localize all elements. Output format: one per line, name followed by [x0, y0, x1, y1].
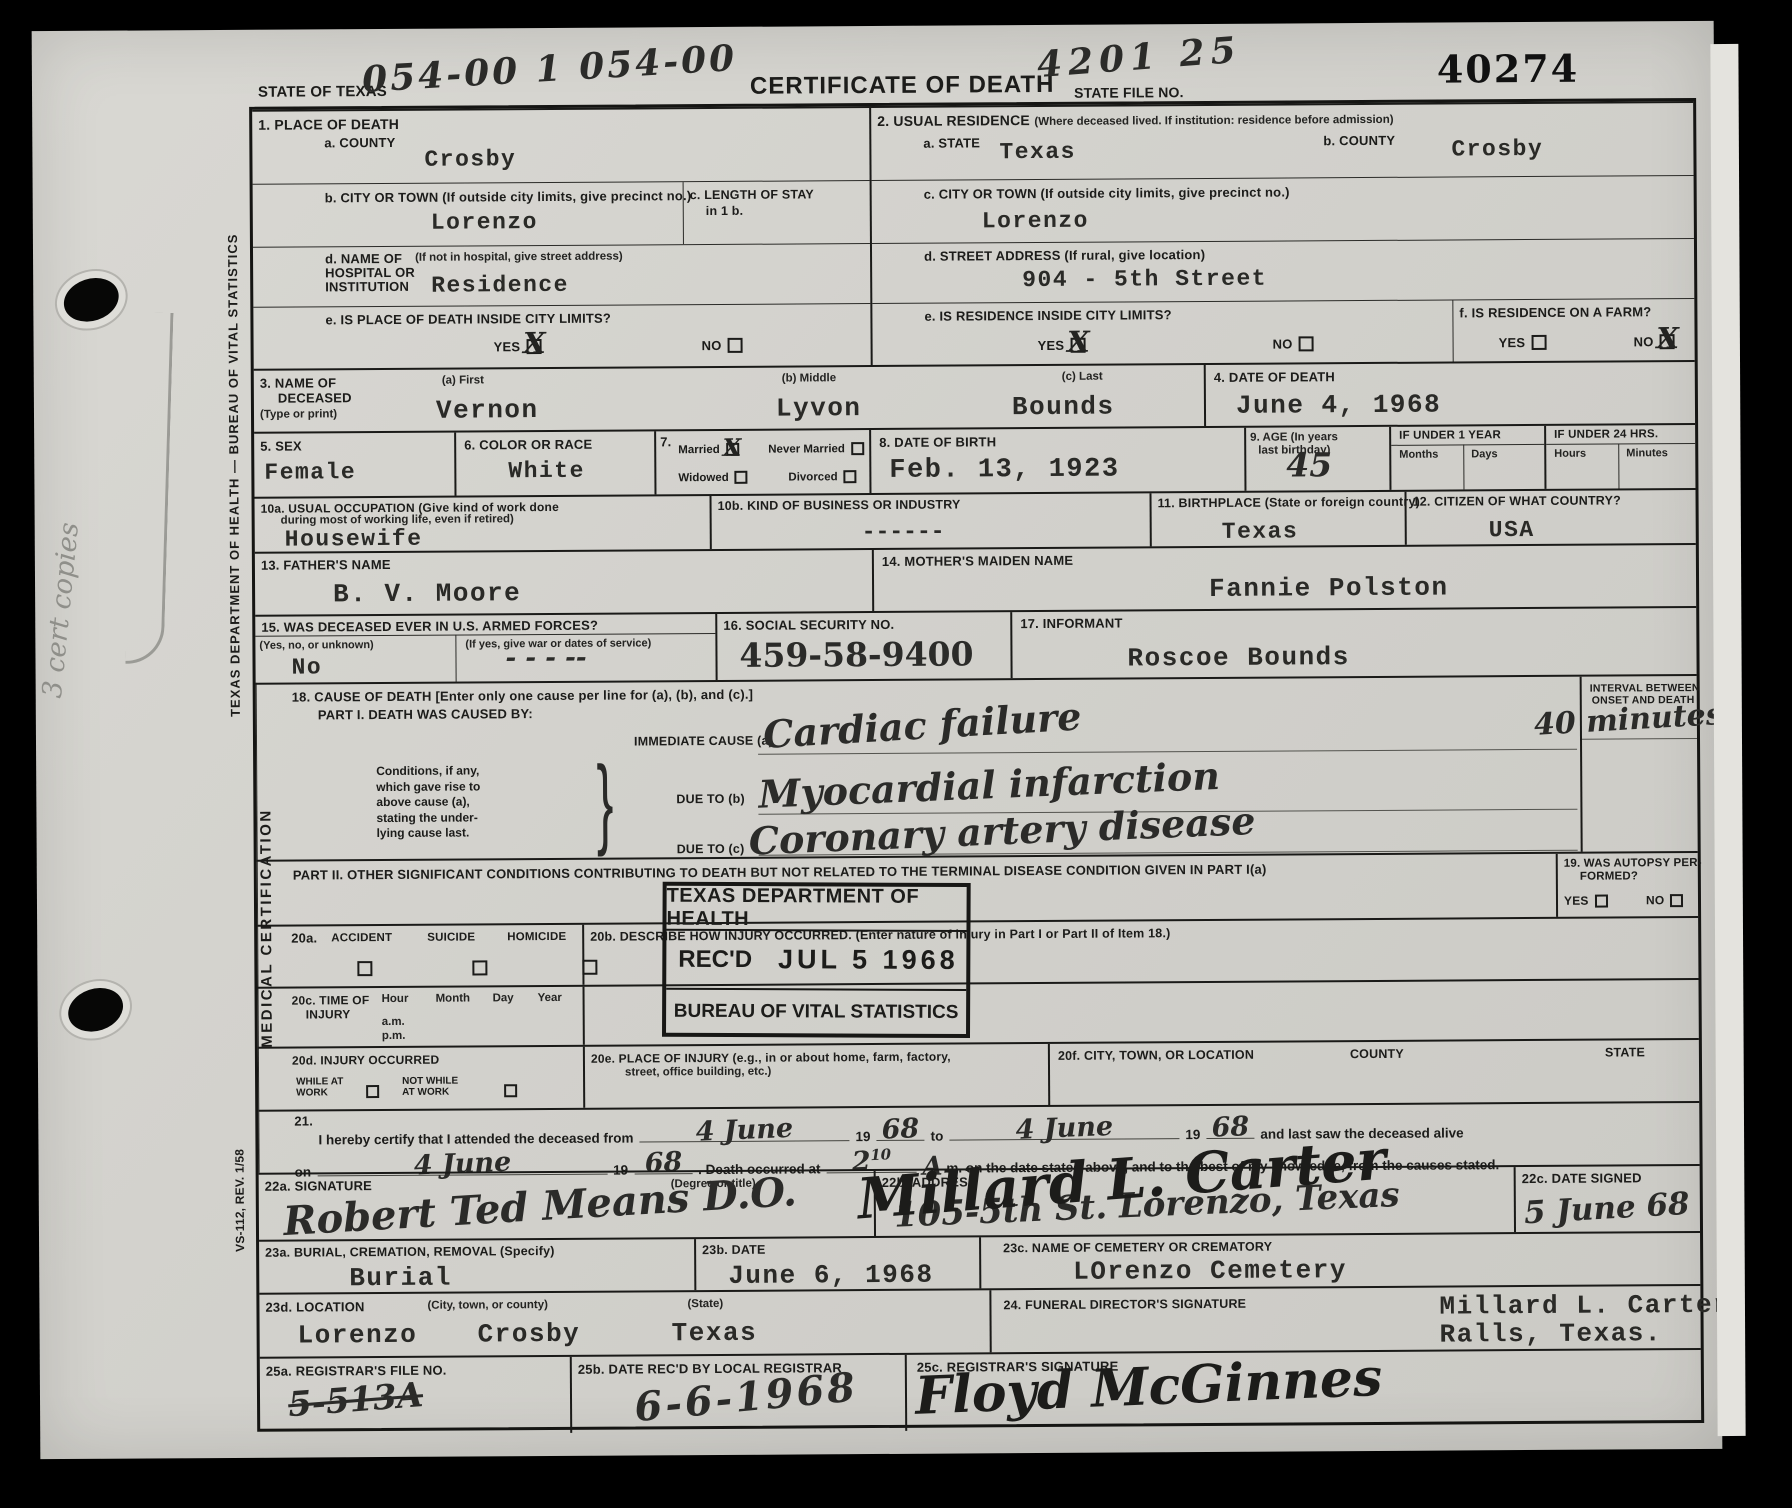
injury-c-label-1: 20c. TIME OF: [292, 993, 370, 1007]
never-married-label: Never Married: [768, 443, 845, 455]
second-page-edge: [1710, 44, 1745, 1436]
place-of-injury-cell: 20e. PLACE OF INJURY (e.g., in or about …: [583, 1044, 1048, 1108]
yes-label: YES: [1564, 894, 1589, 908]
business-cell: 10b. KIND OF BUSINESS OR INDUSTRY ------: [710, 493, 1150, 549]
length-of-stay-sub: in 1 b.: [706, 204, 744, 218]
residence-street-cell: d. STREET ADDRESS (If rural, give locati…: [872, 238, 1694, 303]
row-occupation: 10a. USUAL OCCUPATION (Give kind of work…: [255, 488, 1696, 552]
place-limits-cell: e. IS PLACE OF DEATH INSIDE CITY LIMITS?…: [253, 303, 870, 371]
age-label-1: 9. AGE (In years: [1250, 431, 1338, 444]
never-married-option: Never Married: [768, 442, 864, 456]
cause-part2-cell: PART II. OTHER SIGNIFICANT CONDITIONS CO…: [289, 853, 1698, 925]
mother-label: 14. MOTHER'S MAIDEN NAME: [882, 553, 1073, 569]
injury-type-cell: 20a. ACCIDENT SUICIDE HOMICIDE: [289, 925, 582, 987]
autopsy-label-1: 19. WAS AUTOPSY PER-: [1564, 857, 1702, 870]
married-checkbox: X: [726, 443, 739, 456]
residence-title: 2. USUAL RESIDENCE: [877, 112, 1030, 129]
residence-county-label: b. COUNTY: [1323, 133, 1395, 148]
date-signed-label: 22c. DATE SIGNED: [1522, 1170, 1642, 1186]
location-label: 23d. LOCATION: [265, 1299, 364, 1315]
accident-checkbox: [357, 961, 372, 976]
attended-to-value: 4 June: [1015, 1111, 1114, 1146]
certificate-paper: 3 cert copies TEXAS DEPARTMENT OF HEALTH…: [32, 21, 1723, 1459]
residence-county-value: Crosby: [1451, 136, 1543, 163]
sex-label: 5. SEX: [260, 439, 302, 454]
from-year-value: 68: [881, 1113, 920, 1146]
days-label: Days: [1471, 448, 1497, 460]
row-cause-part2: PART II. OTHER SIGNIFICANT CONDITIONS CO…: [257, 851, 1698, 925]
dob-label: 8. DATE OF BIRTH: [879, 434, 996, 450]
married-label: Married: [678, 444, 720, 456]
burial-type-cell: 23a. BURIAL, CREMATION, REMOVAL (Specify…: [259, 1239, 694, 1293]
first-name-label: (a) First: [442, 374, 484, 386]
armed-forces-label: 15. WAS DECEASED EVER IN U.S. ARMED FORC…: [261, 618, 598, 635]
citizen-value: USA: [1489, 517, 1535, 543]
funeral-director-cell: 24. FUNERAL DIRECTOR'S SIGNATURE Millard…: [989, 1286, 1700, 1352]
residence-farm-no: NOX: [1634, 333, 1675, 351]
registrar-date-cell: 25b. DATE REC'D BY LOCAL REGISTRAR 6-6-1…: [570, 1355, 905, 1433]
stamp-line3: BUREAU OF VITAL STATISTICS: [666, 990, 966, 1034]
hospital-paren: (If not in hospital, give street address…: [415, 251, 623, 264]
ssn-value: 459-58-9400: [739, 634, 973, 674]
funeral-director-typed-name: Millard L. Carter: [1439, 1290, 1730, 1322]
place-county-value: Crosby: [424, 146, 516, 173]
under-24-hrs-label: IF UNDER 24 HRS.: [1554, 428, 1658, 441]
residence-farm-cell: f. IS RESIDENCE ON A FARM? YES NOX: [1452, 299, 1694, 363]
married-option: MarriedX: [678, 443, 739, 456]
name-label-3: (Type or print): [260, 408, 337, 420]
row-location-funeral: 23d. LOCATION (City, town, or county) (S…: [259, 1284, 1700, 1357]
ssn-cell: 16. SOCIAL SECURITY NO. 459-58-9400: [715, 612, 1010, 680]
occupation-cell: 10a. USUAL OCCUPATION (Give kind of work…: [255, 496, 710, 552]
pm-label: p.m.: [382, 1030, 406, 1042]
injury-e-label-2: street, office building, etc.): [625, 1066, 771, 1079]
injury-d-label: 20d. INJURY OCCURRED: [292, 1053, 439, 1068]
place-of-death-section: 1. PLACE OF DEATH a. COUNTY Crosby b. CI…: [252, 108, 871, 369]
months-label: Months: [1399, 449, 1438, 461]
injury-occurred-cell: 20d. INJURY OCCURRED WHILE AT WORK NOT W…: [290, 1047, 583, 1110]
last-name-value: Bounds: [1012, 392, 1115, 423]
date-signed-cell: 22c. DATE SIGNED 5 June 68: [1514, 1166, 1700, 1232]
age-cell: 9. AGE (In years last birthday) 45: [1244, 427, 1389, 491]
autopsy-no-checkbox: [1670, 894, 1683, 907]
birthplace-label: 11. BIRTHPLACE (State or foreign country…: [1158, 495, 1420, 511]
pencil-note: 3 cert copies: [37, 298, 107, 699]
row-personal: 5. SEX Female 6. COLOR OR RACE White 7. …: [254, 423, 1695, 497]
residence-city-value: Lorenzo: [982, 208, 1089, 235]
yes-label: YES: [494, 339, 521, 354]
business-label: 10b. KIND OF BUSINESS OR INDUSTRY: [718, 497, 961, 512]
row-injury-place: 20d. INJURY OCCURRED WHILE AT WORK NOT W…: [258, 1038, 1699, 1110]
length-of-stay-cell: c. LENGTH OF STAY in 1 b.: [683, 181, 870, 244]
yes-checkbox: X: [526, 339, 541, 354]
place-county-cell: 1. PLACE OF DEATH a. COUNTY Crosby: [252, 108, 869, 184]
conditions-brace: }: [596, 745, 613, 860]
widowed-option: Widowed: [678, 471, 747, 484]
accident-label: ACCIDENT: [331, 932, 392, 944]
name-label-2: DECEASED: [278, 390, 352, 405]
yes-label: YES: [1499, 335, 1526, 350]
no-label: NO: [1273, 336, 1293, 351]
occupation-value: Housewife: [285, 526, 423, 553]
marital-label: 7.: [660, 434, 671, 449]
race-label: 6. COLOR OR RACE: [464, 437, 592, 453]
no-checkbox: [727, 338, 742, 353]
while-at-work-option: WHILE AT WORK: [296, 1076, 343, 1098]
stamp-line2: REC'D JUL 5 1968: [666, 931, 966, 991]
received-stamp: TEXAS DEPARTMENT OF HEALTH REC'D JUL 5 1…: [662, 882, 971, 1038]
physician-signature-cell: 22a. SIGNATURE (Degree or title) Robert …: [259, 1171, 874, 1240]
place-county-label: a. COUNTY: [324, 135, 395, 150]
informant-label: 17. INFORMANT: [1020, 615, 1122, 631]
certificate-form: MEDICAL CERTIFICATION TEXAS DEPARTMENT O…: [249, 98, 1704, 1432]
header-state-file-label: STATE FILE NO.: [1074, 84, 1184, 101]
funeral-director-typed-city: Ralls, Texas.: [1440, 1318, 1663, 1349]
margin-form-number: VS-112, REV. 1/58: [232, 1082, 247, 1252]
burial-type-value: Burial: [349, 1263, 452, 1294]
place-city-value: Lorenzo: [431, 209, 538, 236]
cemetery-value: LOrenzo Cemetery: [1073, 1255, 1347, 1287]
mother-value: Fannie Polston: [1209, 573, 1449, 604]
day-label: Day: [493, 992, 514, 1004]
residence-city-cell: c. CITY OR TOWN (If outside city limits,…: [872, 175, 1694, 243]
place-hospital-cell: d. NAME OF (If not in hospital, give str…: [253, 243, 870, 307]
header-handwritten-file: 4201 25: [1036, 29, 1243, 86]
armed-forces-answer: No: [291, 654, 322, 680]
mother-cell: 14. MOTHER'S MAIDEN NAME Fannie Polston: [872, 545, 1696, 611]
place-city-label: b. CITY OR TOWN (If outside city limits,…: [325, 188, 692, 205]
residence-limits-yes: YESX: [1038, 337, 1086, 355]
middle-name-label: (b) Middle: [782, 372, 836, 384]
residence-limits-no: NO: [1273, 335, 1314, 353]
suicide-label: SUICIDE: [427, 931, 475, 943]
immediate-cause-value: Cardiac failure: [762, 693, 1083, 757]
injury-f-label: 20f. CITY, TOWN, OR LOCATION: [1058, 1048, 1254, 1063]
residence-farm-label: f. IS RESIDENCE ON A FARM?: [1459, 304, 1651, 320]
interval-cell: INTERVAL BETWEEN ONSET AND DEATH 40 minu…: [1580, 676, 1698, 852]
no-checkbox: X: [1659, 334, 1674, 349]
father-value: B. V. Moore: [333, 578, 521, 609]
certify-number: 21.: [294, 1113, 313, 1128]
attended-from-value: 4 June: [695, 1113, 794, 1148]
row-burial: 23a. BURIAL, CREMATION, REMOVAL (Specify…: [259, 1231, 1700, 1293]
birthplace-cell: 11. BIRTHPLACE (State or foreign country…: [1149, 492, 1404, 547]
place-limits-no: NO: [702, 337, 743, 355]
hole-punch-bottom: [62, 981, 128, 1038]
divorced-checkbox: [844, 470, 857, 483]
cemetery-label: 23c. NAME OF CEMETERY OR CREMATORY: [1003, 1240, 1272, 1256]
month-label: Month: [436, 992, 471, 1004]
year-label: Year: [538, 992, 562, 1004]
armed-forces-sub1: (Yes, no, or unknown): [259, 639, 373, 652]
location-sub1: (City, town, or county): [427, 1299, 548, 1312]
yes-checkbox: [1531, 335, 1546, 350]
injury-county-label: COUNTY: [1350, 1047, 1404, 1061]
injury-state-label: STATE: [1605, 1045, 1645, 1059]
autopsy-cell: 19. WAS AUTOPSY PER- FORMED? YES NO: [1556, 853, 1698, 917]
homicide-label: HOMICIDE: [507, 931, 566, 943]
ssn-label: 16. SOCIAL SECURITY NO.: [723, 617, 894, 633]
place-title: 1. PLACE OF DEATH: [258, 116, 399, 133]
location-city-value: Lorenzo: [298, 1320, 418, 1351]
autopsy-yes-checkbox: [1595, 895, 1608, 908]
citizen-cell: 12. CITIZEN OF WHAT COUNTRY? USA: [1404, 490, 1695, 545]
am-label: a.m.: [382, 1016, 405, 1028]
dob-cell: 8. DATE OF BIRTH Feb. 13, 1923: [869, 428, 1244, 493]
residence-title-paren: (Where deceased lived. If institution: r…: [1034, 114, 1393, 128]
length-of-stay-label: c. LENGTH OF STAY: [690, 187, 814, 202]
pencil-line: [125, 312, 173, 665]
hospital-label-3: INSTITUTION: [325, 279, 409, 295]
date-signed-value: 5 June 68: [1523, 1186, 1691, 1232]
stamp-line1: TEXAS DEPARTMENT OF HEALTH: [666, 886, 966, 932]
date-of-death-value: June 4, 1968: [1236, 390, 1441, 421]
interval-label-1: INTERVAL BETWEEN: [1590, 682, 1700, 695]
informant-value: Roscoe Bounds: [1127, 642, 1350, 673]
burial-location-cell: 23d. LOCATION (City, town, or county) (S…: [259, 1290, 989, 1356]
interval-value: 40 minutes: [1533, 697, 1724, 743]
immediate-cause-label: IMMEDIATE CAUSE (a): [634, 734, 773, 749]
race-cell: 6. COLOR OR RACE White: [454, 431, 654, 495]
not-while-at-work-checkbox: [505, 1084, 518, 1097]
race-value: White: [508, 458, 585, 484]
place-city-cell: b. CITY OR TOWN (If outside city limits,…: [253, 180, 870, 247]
citizen-label: 12. CITIZEN OF WHAT COUNTRY?: [1413, 493, 1621, 508]
location-state-value: Texas: [672, 1318, 758, 1349]
header-handwritten-numbers: 054-00 1 054-00: [361, 37, 738, 101]
under-24-hrs-cell: IF UNDER 24 HRS. Hours Minutes: [1544, 425, 1695, 489]
widowed-checkbox: [735, 471, 748, 484]
stamp-recd: REC'D: [678, 945, 752, 973]
sex-value: Female: [264, 459, 356, 486]
date-of-death-label: 4. DATE OF DEATH: [1214, 369, 1335, 385]
yes-label: YES: [1038, 338, 1065, 353]
widowed-label: Widowed: [678, 472, 728, 484]
row-cause-part1: 18. CAUSE OF DEATH [Enter only one cause…: [256, 674, 1698, 860]
yes-mark: X: [523, 326, 546, 360]
margin-department-text: TEXAS DEPARTMENT OF HEALTH — BUREAU OF V…: [225, 272, 243, 717]
armed-forces-dates: - - - --: [505, 643, 586, 673]
funeral-director-label: 24. FUNERAL DIRECTOR'S SIGNATURE: [1003, 1297, 1246, 1312]
yes-checkbox: X: [1070, 338, 1085, 353]
first-name-value: Vernon: [436, 395, 539, 426]
informant-cell: 17. INFORMANT Roscoe Bounds: [1010, 608, 1696, 678]
burial-date-cell: 23b. DATE June 6, 1968: [694, 1237, 979, 1290]
injury-c-label-2: INJURY: [306, 1007, 351, 1021]
minutes-label: Minutes: [1626, 447, 1668, 459]
no-checkbox: [1298, 336, 1313, 351]
sex-cell: 5. SEX Female: [254, 433, 454, 497]
no-mark: X: [1656, 321, 1679, 355]
residence-street-label: d. STREET ADDRESS (If rural, give locati…: [924, 247, 1205, 264]
autopsy-label-2: FORMED?: [1580, 870, 1638, 882]
father-label: 13. FATHER'S NAME: [261, 557, 391, 573]
stamp-date: JUL 5 1968: [778, 944, 959, 976]
residence-limits-farm-cell: e. IS RESIDENCE INSIDE CITY LIMITS? YESX…: [872, 298, 1694, 367]
hospital-value: Residence: [431, 272, 569, 299]
place-limits-label: e. IS PLACE OF DEATH INSIDE CITY LIMITS?: [325, 311, 611, 328]
row-name: 3. NAME OF DECEASED (Type or print) (a) …: [254, 360, 1695, 432]
armed-forces-cell: 15. WAS DECEASED EVER IN U.S. ARMED FORC…: [255, 614, 715, 683]
hours-label: Hours: [1554, 448, 1586, 460]
due-to-b-label: DUE TO (b): [676, 792, 745, 806]
row-injury-time: 20c. TIME OF INJURY Hour Month Day Year …: [257, 978, 1698, 1047]
signature-label: 22a. SIGNATURE: [265, 1178, 372, 1194]
residence-state-value: Texas: [999, 139, 1076, 165]
registrar-file-cell: 25a. REGISTRAR'S FILE NO. 5-513A: [260, 1357, 570, 1435]
conditions-note: Conditions, if any, which gave rise to a…: [376, 763, 481, 841]
marital-cell: 7. MarriedX Never Married Widowed Divorc…: [654, 430, 869, 494]
no-label: NO: [1634, 334, 1654, 349]
business-value: ------: [862, 519, 945, 546]
under-1-year-label: IF UNDER 1 YEAR: [1399, 429, 1501, 442]
burial-date-value: June 6, 1968: [728, 1260, 933, 1291]
row-parents: 13. FATHER'S NAME B. V. Moore 14. MOTHER…: [255, 543, 1696, 615]
residence-state-label: a. STATE: [923, 135, 980, 150]
suicide-checkbox: [473, 960, 488, 975]
under-1-year-cell: IF UNDER 1 YEAR Months Days: [1389, 426, 1544, 490]
due-to-c-label: DUE TO (c): [677, 842, 745, 856]
no-label: NO: [702, 338, 722, 353]
divorced-option: Divorced: [788, 470, 856, 483]
location-county-value: Crosby: [478, 1319, 581, 1350]
occupation-label-2: during most of working life, even if ret…: [281, 513, 514, 526]
middle-name-value: Lyvon: [776, 393, 862, 424]
cemetery-cell: 23c. NAME OF CEMETERY OR CREMATORY LOren…: [979, 1233, 1700, 1288]
not-while-at-work-option: NOT WHILE AT WORK: [402, 1076, 458, 1098]
yes-mark: X: [1067, 325, 1090, 359]
father-cell: 13. FATHER'S NAME B. V. Moore: [255, 550, 872, 615]
residence-city-label: c. CITY OR TOWN (If outside city limits,…: [924, 184, 1290, 201]
last-name-label: (c) Last: [1062, 371, 1103, 383]
no-label: NO: [1646, 893, 1664, 907]
place-limits-yes: YESX: [494, 338, 542, 356]
name-values-cell: (a) First Vernon (b) Middle Lyvon (c) La…: [424, 365, 1204, 431]
registrar-file-value: 5-513A: [287, 1375, 425, 1425]
never-married-checkbox: [851, 442, 864, 455]
birthplace-value: Texas: [1222, 518, 1299, 544]
injury-location-cell: 20f. CITY, TOWN, OR LOCATION COUNTY STAT…: [1048, 1040, 1699, 1105]
row-service: 15. WAS DECEASED EVER IN U.S. ARMED FORC…: [255, 606, 1696, 683]
while-at-work-checkbox: [366, 1085, 379, 1098]
cause-part1-label: PART I. DEATH WAS CAUSED BY:: [318, 706, 533, 722]
residence-limits-label: e. IS RESIDENCE INSIDE CITY LIMITS?: [924, 307, 1171, 324]
row-injury-type: 20a. ACCIDENT SUICIDE HOMICIDE 20b. DESC…: [257, 916, 1698, 987]
usual-residence-section: 2. USUAL RESIDENCE (Where deceased lived…: [869, 103, 1695, 365]
attended-to-blank: 4 June: [949, 1124, 1179, 1140]
name-label-cell: 3. NAME OF DECEASED (Type or print): [254, 370, 424, 432]
header-title: CERTIFICATE OF DEATH: [750, 71, 1055, 101]
dob-value: Feb. 13, 1923: [889, 455, 1119, 486]
date-of-death-cell: 4. DATE OF DEATH June 4, 1968: [1204, 362, 1695, 426]
name-label-1: 3. NAME OF: [260, 375, 336, 390]
residence-street-value: 904 - 5th Street: [1022, 266, 1267, 293]
cause-part1-cell: 18. CAUSE OF DEATH [Enter only one cause…: [288, 676, 1698, 860]
cause-part2-text: PART II. OTHER SIGNIFICANT CONDITIONS CO…: [293, 862, 1267, 883]
injury-e-label-1: 20e. PLACE OF INJURY (e.g., in or about …: [591, 1050, 951, 1066]
from-year-blank: 68: [876, 1126, 924, 1141]
autopsy-no: NO: [1646, 891, 1684, 909]
married-mark: X: [723, 433, 742, 462]
injury-time-cell: 20c. TIME OF INJURY Hour Month Day Year …: [290, 987, 583, 1047]
injury-a-label: 20a.: [291, 930, 317, 945]
attended-from-blank: 4 June: [639, 1126, 849, 1142]
header-serial-number: 40274: [1437, 46, 1579, 92]
age-value: 45: [1286, 445, 1332, 484]
residence-farm-yes: YES: [1499, 334, 1547, 352]
autopsy-yes: YES: [1564, 892, 1608, 910]
residence-state-cell: 2. USUAL RESIDENCE (Where deceased lived…: [871, 103, 1693, 180]
divorced-label: Divorced: [788, 471, 837, 483]
residence-limits-cell: e. IS RESIDENCE INSIDE CITY LIMITS? YESX…: [872, 300, 1452, 367]
location-sub2: (State): [687, 1298, 723, 1310]
cause-title: 18. CAUSE OF DEATH [Enter only one cause…: [292, 687, 754, 705]
burial-date-label: 23b. DATE: [702, 1243, 765, 1257]
row-place-residence: 1. PLACE OF DEATH a. COUNTY Crosby b. CI…: [252, 101, 1695, 369]
burial-type-label: 23a. BURIAL, CREMATION, REMOVAL (Specify…: [265, 1244, 555, 1260]
hour-label: Hour: [382, 993, 409, 1005]
